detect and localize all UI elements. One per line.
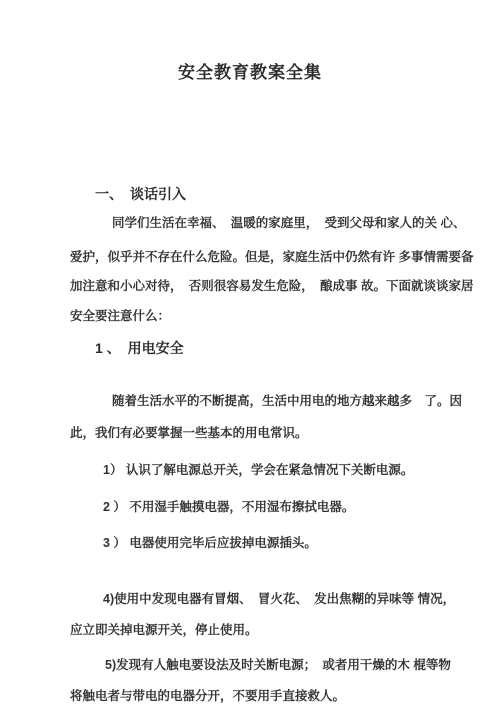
document-page: 安全教育教案全集 一、 谈话引入 同学们生活在幸福、 温暖的家庭里， 受到父母和…	[0, 0, 500, 708]
paragraph-line: 加注意和小心对待， 否则很容易发生危险， 酿成事 故。下面就谈谈家居	[70, 278, 473, 295]
paragraph-line: 应立即关掉电源开关，停止使用。	[70, 622, 258, 639]
paragraph-line: 爱护，似乎并不存在什么危险。但是，家庭生活中仍然有许 多事情需要备	[70, 249, 473, 266]
list-item-line: 3 ） 电器使用完毕后应拔掉电源插头。	[103, 535, 317, 552]
paragraph-line: 安全要注意什么：	[70, 308, 170, 325]
document-title: 安全教育教案全集	[0, 58, 500, 83]
list-item-line: 2 ） 不用湿手触摸电器，不用湿布擦拭电器。	[103, 499, 354, 516]
paragraph-line: 同学们生活在幸福、 温暖的家庭里， 受到父母和家人的关 心、	[112, 215, 465, 232]
list-item-line: 1） 认识了解电源总开关，学会在紧急情况下关断电源。	[103, 462, 413, 479]
section-heading-talk-intro: 一、 谈话引入	[95, 186, 186, 203]
list-item-line: 4)使用中发现电器有冒烟、 冒火花、 发出焦糊的异味等 情况，	[103, 591, 455, 608]
paragraph-line: 此，我们有必要掌握一些基本的用电常识。	[70, 425, 308, 442]
subsection-heading-electric-safety: 1 、 用电安全	[95, 340, 184, 357]
paragraph-line: 将触电者与带电的电器分开，不要用手直接救人。	[70, 688, 345, 705]
paragraph-line: 随着生活水平的不断提高，生活中用电的地方越来越多 了。因	[112, 393, 462, 410]
list-item-line: 5)发现有人触电要设法及时关断电源； 或者用干燥的木 棍等物	[105, 657, 451, 674]
